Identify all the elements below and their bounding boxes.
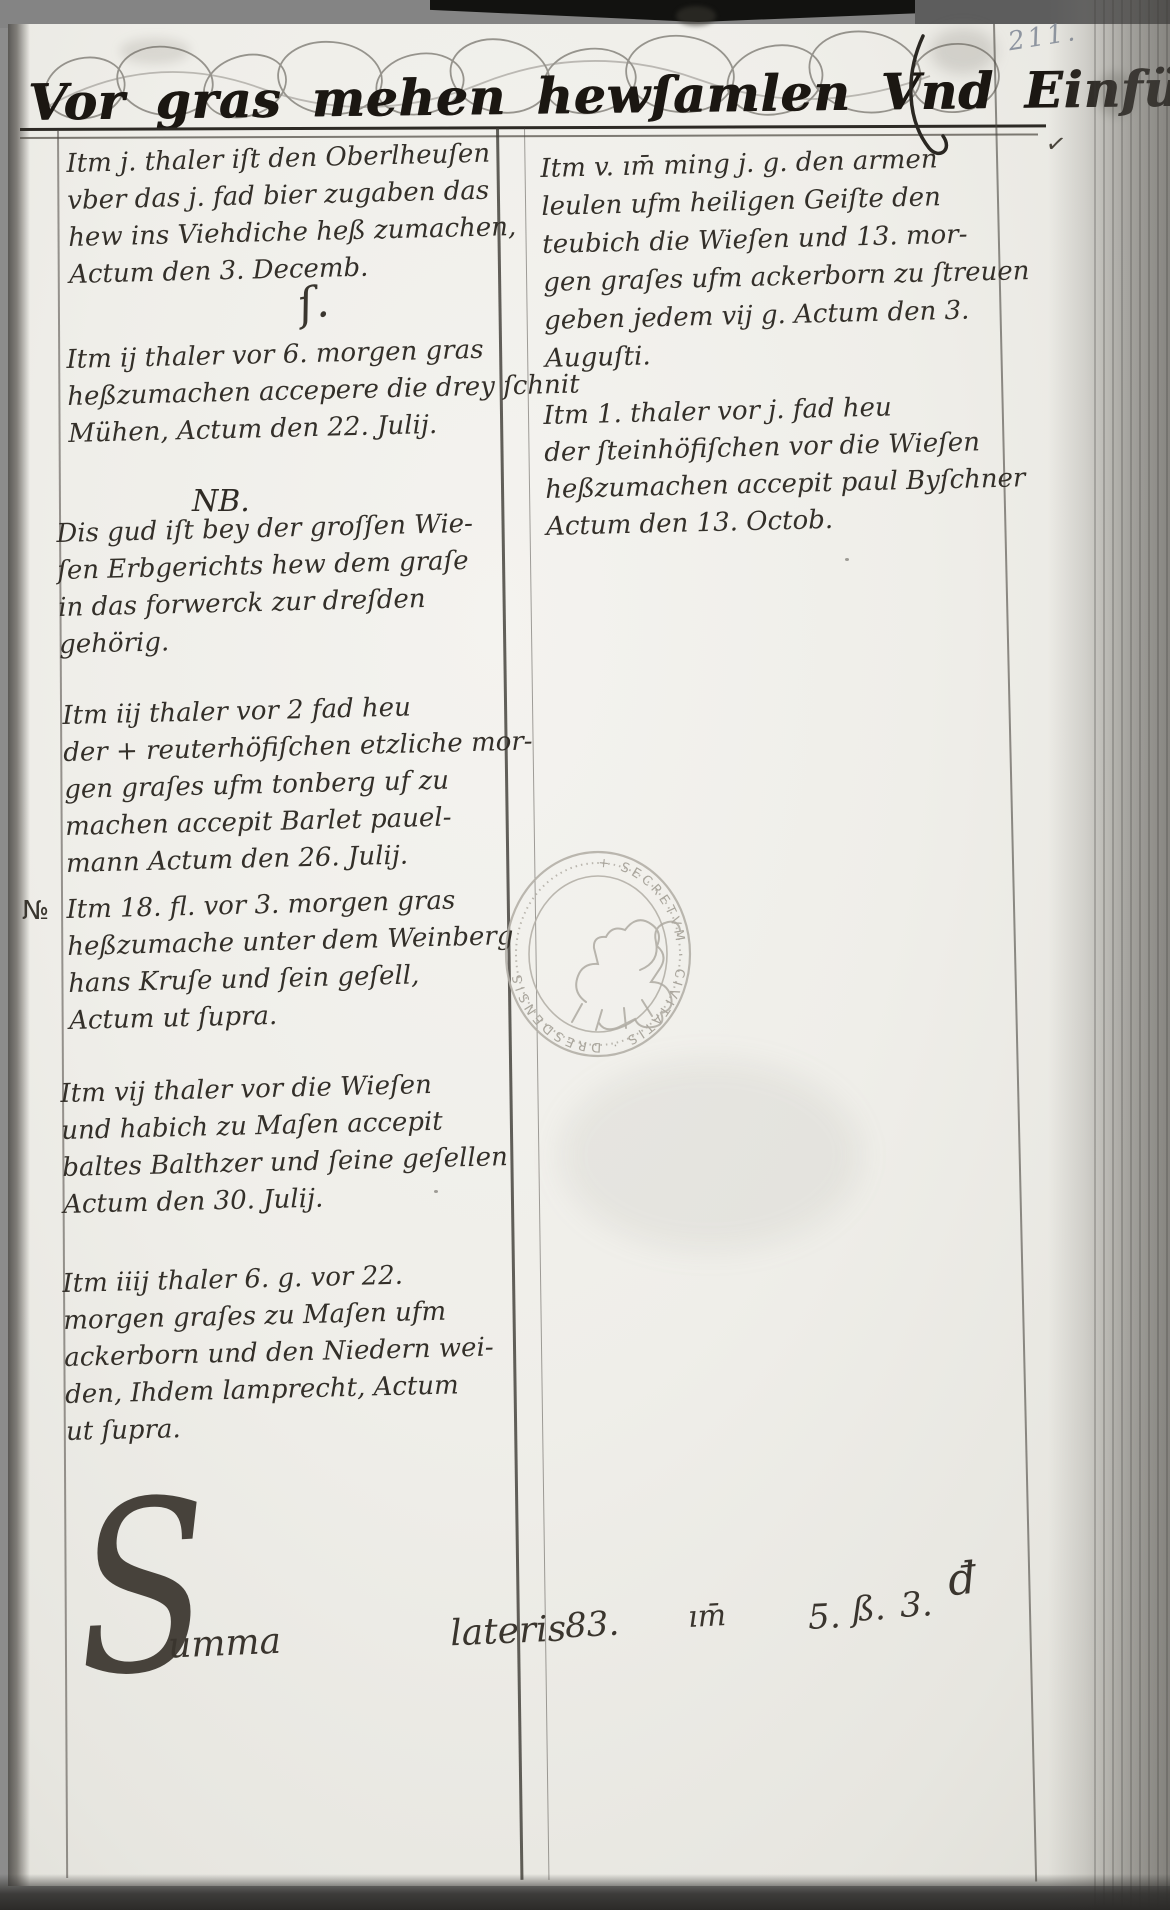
ink-speck [845,558,849,561]
summa-initial: S [72,1468,214,1711]
ledger-entry-left-2: Itm ij thaler vor 6. morgen gras heßzuma… [66,329,581,452]
page-bottom-edge-shadow [0,1874,1170,1910]
binding-streaks [1094,0,1170,1910]
ledger-entry-left-1: Itm j. thaler iſt den Oberlheuſen vber d… [66,135,518,294]
ledger-entry-left-4: Itm iij thaler vor 2 fad heu der + reute… [62,687,536,883]
ledger-entry-left-3: Dis gud iſt bey der groſſen Wie- ſen Erb… [56,506,476,664]
marginal-number-mark: № [22,898,49,924]
ledger-entry-left-6: Itm vij thaler vor die Wieſen und habich… [60,1065,509,1224]
summa-groschen-value: 5. [807,1599,841,1635]
city-seal-stamp: + SECRETVM · CIVITATIS · DRESDENSIS [498,842,704,1068]
ledger-entry-left-5: Itm 18. fl. vor 3. morgen gras heßzumach… [66,881,516,1040]
manuscript-scan: Vor gras mehen hewſamlen Vnd Einführen 2… [0,0,1170,1910]
summa-pfennig-unit: đ [946,1557,979,1604]
summa-pfennig-value: 3. [899,1587,933,1623]
summa-groschen-unit: ß. [851,1591,886,1627]
summa-thaler-value: 83. [564,1607,620,1644]
summa-thaler-unit: ım̄ [687,1601,727,1633]
ledger-entry-right-2: Itm 1. thaler vor j. fad heu der ſteinhö… [543,386,1027,546]
ledger-entry-left-7: Itm iiij thaler 6. g. vor 22. morgen gra… [62,1256,496,1451]
ledger-entry-right-1: Itm v. ım̄ ming j. g. den armen leulen u… [540,138,1032,378]
page-title: Vor gras mehen hewſamlen Vnd Einführen [28,62,1170,128]
page-left-edge-shadow [8,24,30,1886]
